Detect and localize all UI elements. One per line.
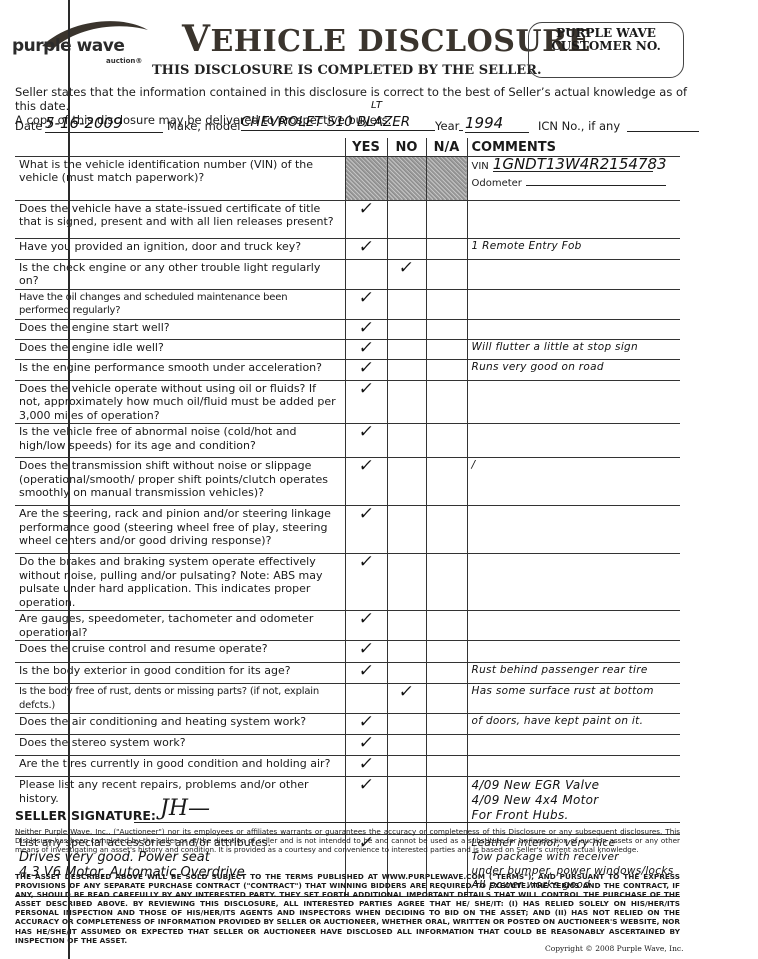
comment-cell[interactable]: / (467, 458, 680, 506)
odometer-field[interactable] (526, 175, 666, 186)
table-row: Is the body free of rust, dents or missi… (15, 684, 680, 714)
na-checkbox-cell[interactable] (426, 777, 467, 835)
vehicle-info-line: Date 5-16-2009 Make, model CHEVROLET S10… (15, 114, 695, 136)
question-cell: Have you provided an ignition, door and … (15, 238, 345, 259)
question-cell: Are the steering, rack and pinion and/or… (15, 506, 345, 554)
table-row: Does the engine start well?✓ (15, 319, 680, 339)
table-row: Does the vehicle have a state-issued cer… (15, 200, 680, 238)
purple-wave-logo: purple wave auction® (10, 18, 145, 68)
question-cell: Does the cruise control and resume opera… (15, 641, 345, 663)
year-label: Year (435, 119, 459, 133)
table-row: Have the oil changes and scheduled maint… (15, 289, 680, 319)
table-row: Are the tires currently in good conditio… (15, 756, 680, 777)
question-cell: Does the engine start well? (15, 319, 345, 339)
check-mark-icon: ✓ (358, 361, 375, 375)
check-mark-icon: ✓ (358, 240, 375, 254)
yes-checkbox-cell[interactable]: ✓ (345, 458, 387, 506)
na-checkbox-cell[interactable] (426, 424, 467, 458)
handwritten-comment: of doors, have kept paint on it. (472, 715, 677, 729)
question-cell: What is the vehicle identification numbe… (15, 156, 345, 200)
question-cell: Are gauges, speedometer, tachometer and … (15, 611, 345, 641)
no-checkbox-cell[interactable] (387, 714, 426, 735)
table-row: Is the body exterior in good condition f… (15, 663, 680, 684)
comment-cell[interactable] (467, 641, 680, 663)
no-checkbox-cell[interactable] (387, 339, 426, 359)
check-mark-icon: ✓ (398, 685, 415, 699)
question-cell: Is the body free of rust, dents or missi… (15, 684, 345, 714)
no-checkbox-cell[interactable]: ✓ (387, 259, 426, 289)
question-cell: Does the engine idle well? (15, 339, 345, 359)
comment-cell[interactable] (467, 506, 680, 554)
check-mark-icon: ✓ (358, 757, 375, 771)
no-checkbox-cell[interactable] (387, 777, 426, 835)
comment-cell[interactable]: 4/09 New EGR Valve4/09 New 4x4 MotorFor … (467, 777, 680, 835)
table-row: Do the brakes and braking system operate… (15, 554, 680, 611)
disclosure-table: YES NO N/A COMMENTS What is the vehicle … (15, 138, 680, 897)
yes-checkbox-cell[interactable]: ✓ (345, 289, 387, 319)
question-cell: Are the tires currently in good conditio… (15, 756, 345, 777)
comment-cell[interactable] (467, 554, 680, 611)
check-mark-icon: ✓ (358, 202, 375, 216)
na-checkbox-cell[interactable] (426, 380, 467, 424)
icn-label: ICN No., if any (538, 119, 620, 133)
no-checkbox-cell[interactable] (387, 458, 426, 506)
na-checkbox-cell[interactable] (426, 641, 467, 663)
comments-header: COMMENTS (467, 138, 680, 156)
check-mark-icon: ✓ (358, 664, 375, 678)
check-mark-icon: ✓ (358, 555, 375, 569)
check-mark-icon: ✓ (358, 459, 375, 473)
customer-number-box[interactable]: PURPLE WAVE CUSTOMER NO. (528, 22, 684, 78)
na-checkbox-cell[interactable] (426, 259, 467, 289)
terms-text: THE ASSET DESCRIBED ABOVE WILL BE SOLD S… (15, 872, 680, 945)
na-checkbox-cell[interactable] (426, 339, 467, 359)
question-cell: Does the air conditioning and heating sy… (15, 714, 345, 735)
check-mark-icon: ✓ (358, 736, 375, 750)
na-checkbox-cell[interactable] (426, 611, 467, 641)
check-mark-icon: ✓ (358, 291, 375, 305)
comment-cell[interactable] (467, 380, 680, 424)
table-row: Are gauges, speedometer, tachometer and … (15, 611, 680, 641)
table-row: Does the cruise control and resume opera… (15, 641, 680, 663)
comment-cell[interactable] (467, 200, 680, 238)
yes-checkbox-cell[interactable]: ✓ (345, 735, 387, 756)
na-checkbox-cell (426, 156, 467, 200)
question-cell: Does the vehicle operate without using o… (15, 380, 345, 424)
no-checkbox-cell[interactable] (387, 319, 426, 339)
na-checkbox-cell[interactable] (426, 714, 467, 735)
yes-checkbox-cell[interactable]: ✓ (345, 380, 387, 424)
vin-label: VIN (472, 161, 489, 172)
yes-checkbox-cell[interactable]: ✓ (345, 339, 387, 359)
check-mark-icon: ✓ (398, 261, 415, 275)
na-header: N/A (426, 138, 467, 156)
comment-cell[interactable]: Runs very good on road (467, 359, 680, 380)
yes-checkbox-cell[interactable] (345, 259, 387, 289)
question-cell: Is the check engine or any other trouble… (15, 259, 345, 289)
no-checkbox-cell[interactable] (387, 756, 426, 777)
check-mark-icon: ✓ (358, 778, 375, 792)
table-row: Is the check engine or any other trouble… (15, 259, 680, 289)
na-checkbox-cell[interactable] (426, 200, 467, 238)
yes-header: YES (345, 138, 387, 156)
na-checkbox-cell[interactable] (426, 289, 467, 319)
comment-cell[interactable] (467, 611, 680, 641)
comment-cell[interactable] (467, 259, 680, 289)
check-mark-icon: ✓ (358, 507, 375, 521)
date-label: Date (15, 119, 43, 133)
disclaimer-text: Neither Purple Wave, Inc., ("Auctioneer"… (15, 827, 680, 854)
logo-subtext: auction® (106, 57, 142, 65)
handwritten-comment: 4/09 New 4x4 Motor (472, 793, 677, 808)
handwritten-comment: / (472, 459, 677, 473)
check-mark-icon: ✓ (358, 382, 375, 396)
na-checkbox-cell[interactable] (426, 735, 467, 756)
yes-checkbox-cell[interactable]: ✓ (345, 663, 387, 684)
icn-field[interactable] (627, 131, 699, 132)
handwritten-comment: For Front Hubs. (472, 808, 677, 823)
yes-checkbox-cell[interactable]: ✓ (345, 554, 387, 611)
question-cell: Is the engine performance smooth under a… (15, 359, 345, 380)
year-field[interactable]: 1994 (465, 114, 529, 133)
no-checkbox-cell[interactable]: ✓ (387, 684, 426, 714)
question-cell: Does the stereo system work? (15, 735, 345, 756)
yes-checkbox-cell[interactable]: ✓ (345, 200, 387, 238)
question-cell: Does the vehicle have a state-issued cer… (15, 200, 345, 238)
comment-cell[interactable]: Has some surface rust at bottom (467, 684, 680, 714)
table-row: Is the engine performance smooth under a… (15, 359, 680, 380)
na-checkbox-cell[interactable] (426, 506, 467, 554)
no-checkbox-cell[interactable] (387, 611, 426, 641)
table-row: Have you provided an ignition, door and … (15, 238, 680, 259)
yes-checkbox-cell[interactable]: ✓ (345, 714, 387, 735)
seller-signature-field[interactable] (134, 822, 680, 823)
scan-artifact-line (68, 0, 70, 959)
na-checkbox-cell[interactable] (426, 663, 467, 684)
comment-cell[interactable] (467, 756, 680, 777)
table-row: Please list any recent repairs, problems… (15, 777, 680, 835)
table-row: Is the vehicle free of abnormal noise (c… (15, 424, 680, 458)
yes-checkbox-cell[interactable]: ✓ (345, 359, 387, 380)
no-checkbox-cell[interactable] (387, 424, 426, 458)
comment-cell[interactable]: Will flutter a little at stop sign (467, 339, 680, 359)
yes-checkbox-cell[interactable] (345, 684, 387, 714)
table-row: Does the stereo system work?✓ (15, 735, 680, 756)
comment-cell[interactable] (467, 289, 680, 319)
comment-cell[interactable] (467, 319, 680, 339)
na-checkbox-cell[interactable] (426, 238, 467, 259)
comment-cell[interactable]: Rust behind passenger rear tire (467, 663, 680, 684)
yes-checkbox-cell[interactable]: ✓ (345, 641, 387, 663)
table-row: Are the steering, rack and pinion and/or… (15, 506, 680, 554)
yes-checkbox-cell[interactable]: ✓ (345, 319, 387, 339)
comment-cell[interactable]: of doors, have kept paint on it. (467, 714, 680, 735)
no-checkbox-cell[interactable] (387, 735, 426, 756)
yes-checkbox-cell[interactable]: ✓ (345, 756, 387, 777)
handwritten-comment: Will flutter a little at stop sign (472, 341, 677, 355)
table-row: What is the vehicle identification numbe… (15, 156, 680, 200)
vin-field[interactable]: 1GNDT13W4R2154783 (493, 158, 653, 173)
yes-checkbox-cell[interactable]: ✓ (345, 611, 387, 641)
check-mark-icon: ✓ (358, 612, 375, 626)
make-model-field[interactable]: CHEVROLET S10 BLAZER (241, 114, 463, 131)
no-checkbox-cell[interactable] (387, 641, 426, 663)
handwritten-comment: 1 Remote Entry Fob (472, 240, 677, 254)
no-checkbox-cell[interactable] (387, 200, 426, 238)
na-checkbox-cell[interactable] (426, 359, 467, 380)
handwritten-comment: Has some surface rust at bottom (472, 685, 677, 699)
copyright-text: Copyright © 2008 Purple Wave, Inc. (545, 944, 684, 953)
table-row: Does the engine idle well?✓Will flutter … (15, 339, 680, 359)
no-checkbox-cell (387, 156, 426, 200)
comment-cell[interactable] (467, 424, 680, 458)
page-subtitle: THIS DISCLOSURE IS COMPLETED BY THE SELL… (152, 63, 542, 78)
no-checkbox-cell[interactable] (387, 506, 426, 554)
handwritten-comment: Rust behind passenger rear tire (472, 664, 677, 678)
trim-annotation: LT (371, 100, 382, 111)
yes-checkbox-cell[interactable]: ✓ (345, 777, 387, 835)
na-checkbox-cell[interactable] (426, 756, 467, 777)
question-cell: Have the oil changes and scheduled maint… (15, 289, 345, 319)
odometer-label: Odometer (472, 178, 522, 189)
check-mark-icon: ✓ (358, 715, 375, 729)
no-checkbox-cell[interactable] (387, 663, 426, 684)
no-header: NO (387, 138, 426, 156)
yes-checkbox-cell (345, 156, 387, 200)
no-checkbox-cell[interactable] (387, 359, 426, 380)
comment-cell[interactable]: 1 Remote Entry Fob (467, 238, 680, 259)
check-mark-icon: ✓ (358, 642, 375, 656)
question-cell: Is the body exterior in good condition f… (15, 663, 345, 684)
question-cell: Does the transmission shift without nois… (15, 458, 345, 506)
no-checkbox-cell[interactable] (387, 380, 426, 424)
table-row: Does the vehicle operate without using o… (15, 380, 680, 424)
check-mark-icon: ✓ (358, 341, 375, 355)
handwritten-comment: 4/09 New EGR Valve (472, 778, 677, 793)
question-header (15, 138, 345, 156)
na-checkbox-cell[interactable] (426, 684, 467, 714)
date-field[interactable]: 5-16-2009 (45, 114, 163, 133)
question-cell: Is the vehicle free of abnormal noise (c… (15, 424, 345, 458)
table-row: Does the transmission shift without nois… (15, 458, 680, 506)
table-row: Does the air conditioning and heating sy… (15, 714, 680, 735)
na-checkbox-cell[interactable] (426, 319, 467, 339)
check-mark-icon: ✓ (358, 321, 375, 335)
no-checkbox-cell[interactable] (387, 238, 426, 259)
yes-checkbox-cell[interactable]: ✓ (345, 238, 387, 259)
yes-checkbox-cell[interactable]: ✓ (345, 506, 387, 554)
na-checkbox-cell[interactable] (426, 554, 467, 611)
comment-cell[interactable] (467, 735, 680, 756)
handwritten-comment: Runs very good on road (472, 361, 677, 375)
no-checkbox-cell[interactable] (387, 289, 426, 319)
na-checkbox-cell[interactable] (426, 458, 467, 506)
check-mark-icon: ✓ (358, 425, 375, 439)
comment-cell[interactable]: VIN1GNDT13W4R2154783Odometer (467, 156, 680, 200)
seller-signature-label: SELLER SIGNATURE: (15, 808, 156, 823)
signature-mark: JH— (160, 796, 210, 821)
make-model-label: Make, model (167, 119, 240, 133)
no-checkbox-cell[interactable] (387, 554, 426, 611)
question-cell: Do the brakes and braking system operate… (15, 554, 345, 611)
yes-checkbox-cell[interactable]: ✓ (345, 424, 387, 458)
